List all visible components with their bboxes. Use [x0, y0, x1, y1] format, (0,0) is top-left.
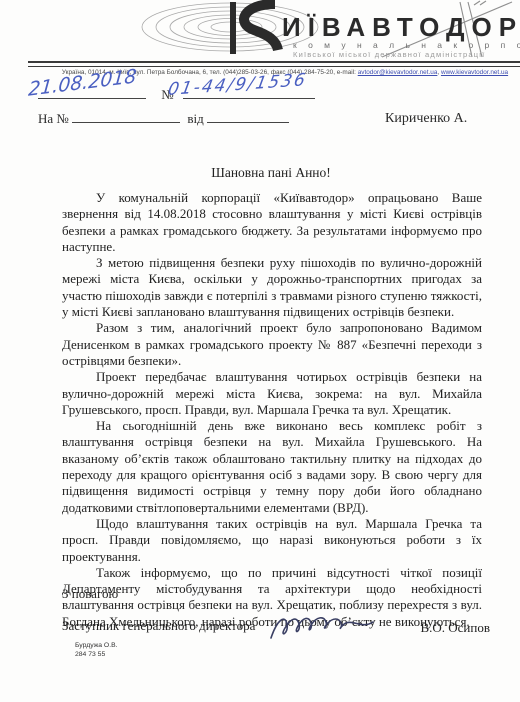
paragraph: На сьогоднішній день вже виконано весь к… — [62, 418, 482, 516]
executor-note: Бурдужа О.В. 284 73 55 — [75, 641, 118, 659]
scanned-letter-page: ИЇВАВТОДОР к о м у н а л ь н а к о р п о… — [0, 0, 520, 702]
email-text: avtodor@kievavtodor.net.ua — [358, 69, 438, 76]
website-text: www.kievavtodor.net.ua — [441, 69, 508, 76]
reply-label: На № — [38, 111, 69, 126]
paragraph: У комунальній корпорації «Київавтодор» о… — [62, 190, 482, 255]
logo-subtitle-administration: Київської міської державної адміністраці… — [293, 50, 485, 59]
logo-wordmark: ИЇВАВТОДОР — [282, 12, 520, 43]
signer-position: Заступник генерального директора — [62, 618, 255, 634]
paragraph: Проект передбачає влаштування чотирьох о… — [62, 369, 482, 418]
executor-phone: 284 73 55 — [75, 650, 118, 659]
header-divider — [28, 61, 520, 67]
closing: З повагою — [62, 586, 118, 602]
signer-name: В.О. Осипов — [420, 620, 490, 636]
signature-scribble-icon — [267, 608, 377, 648]
from-label: від — [187, 111, 203, 126]
paragraph: Разом з тим, аналогічний проект було зап… — [62, 320, 482, 369]
salutation: Шановна пані Анно! — [62, 165, 480, 181]
reply-blank-line — [72, 110, 180, 123]
paragraph: З метою підвищення безпеки руху пішоході… — [62, 255, 482, 320]
incoming-ref-row: На № від — [38, 110, 289, 127]
logo-subtitle-corporation: к о м у н а л ь н а к о р п о р а ц і я — [293, 40, 520, 50]
from-blank-line — [207, 110, 289, 123]
paragraph: Щодо влаштування таких острівців на вул.… — [62, 516, 482, 565]
letter-body: У комунальній корпорації «Київавтодор» о… — [62, 190, 482, 630]
letterhead: ИЇВАВТОДОР к о м у н а л ь н а к о р п о… — [130, 0, 520, 60]
addressee: Кириченко А. — [385, 111, 467, 127]
executor-name: Бурдужа О.В. — [75, 641, 118, 650]
